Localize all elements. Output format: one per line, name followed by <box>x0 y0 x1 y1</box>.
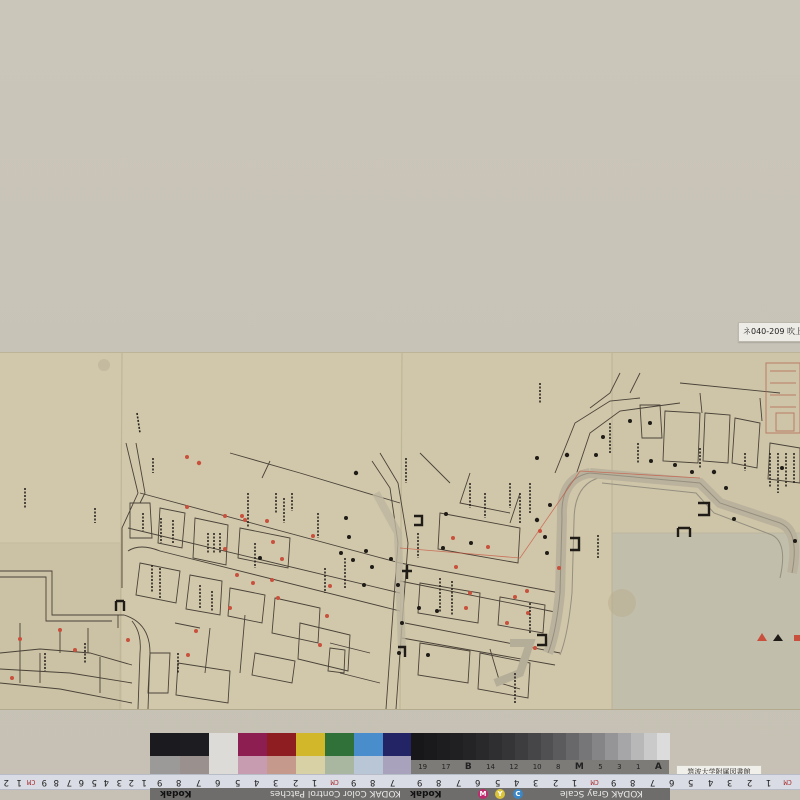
patch-gray <box>150 756 180 774</box>
patch-black-2 <box>180 733 209 756</box>
call-number-label: ネ040-209 吹上 <box>738 322 800 342</box>
gray-scale-title: KODAK Gray Scale <box>560 788 643 798</box>
patch-light-yellow <box>296 756 325 774</box>
map-drawing <box>0 353 800 709</box>
gray-label: 1 <box>636 763 640 771</box>
patch-blue <box>383 733 411 756</box>
gray-label: 5 <box>598 763 602 771</box>
gray-label: 10 <box>533 763 542 771</box>
gray-scale-labels: 19 17 B 14 12 10 8 M 5 3 1 A <box>411 760 669 774</box>
kodak-brand-center: Kodak <box>410 788 442 798</box>
ruler-left: 21CM987654321 <box>0 774 150 790</box>
patch-green <box>325 733 354 756</box>
kodak-brand-left: Kodak <box>160 788 192 798</box>
gray-label: 3 <box>617 763 621 771</box>
color-target-title: KODAK Color Control Patches <box>270 788 401 798</box>
yellow-dot: Y <box>495 789 505 799</box>
patch-cyan <box>354 733 383 756</box>
gray-label: 8 <box>556 763 560 771</box>
gray-label: 19 <box>418 763 427 771</box>
gray-label: A <box>655 762 662 772</box>
patch-yellow <box>296 733 325 756</box>
gray-label: 17 <box>442 763 451 771</box>
magenta-dot: M <box>478 789 488 799</box>
patch-red <box>267 733 296 756</box>
patch-black-1 <box>150 733 180 756</box>
patch-light-cyan <box>354 756 383 774</box>
gray-label: 12 <box>509 763 518 771</box>
patch-gray-brown <box>180 756 209 774</box>
cyan-dot: C <box>513 789 523 799</box>
patch-magenta <box>238 733 267 756</box>
historical-map <box>0 352 800 710</box>
gray-label: 14 <box>486 763 495 771</box>
patch-white <box>209 733 238 774</box>
gray-label: B <box>465 762 472 772</box>
gray-scale-strip <box>411 733 670 760</box>
patch-light-green <box>325 756 354 774</box>
gray-label: M <box>575 762 584 772</box>
patch-light-red <box>267 756 296 774</box>
patch-light-blue <box>383 756 411 774</box>
patch-light-magenta <box>238 756 267 774</box>
